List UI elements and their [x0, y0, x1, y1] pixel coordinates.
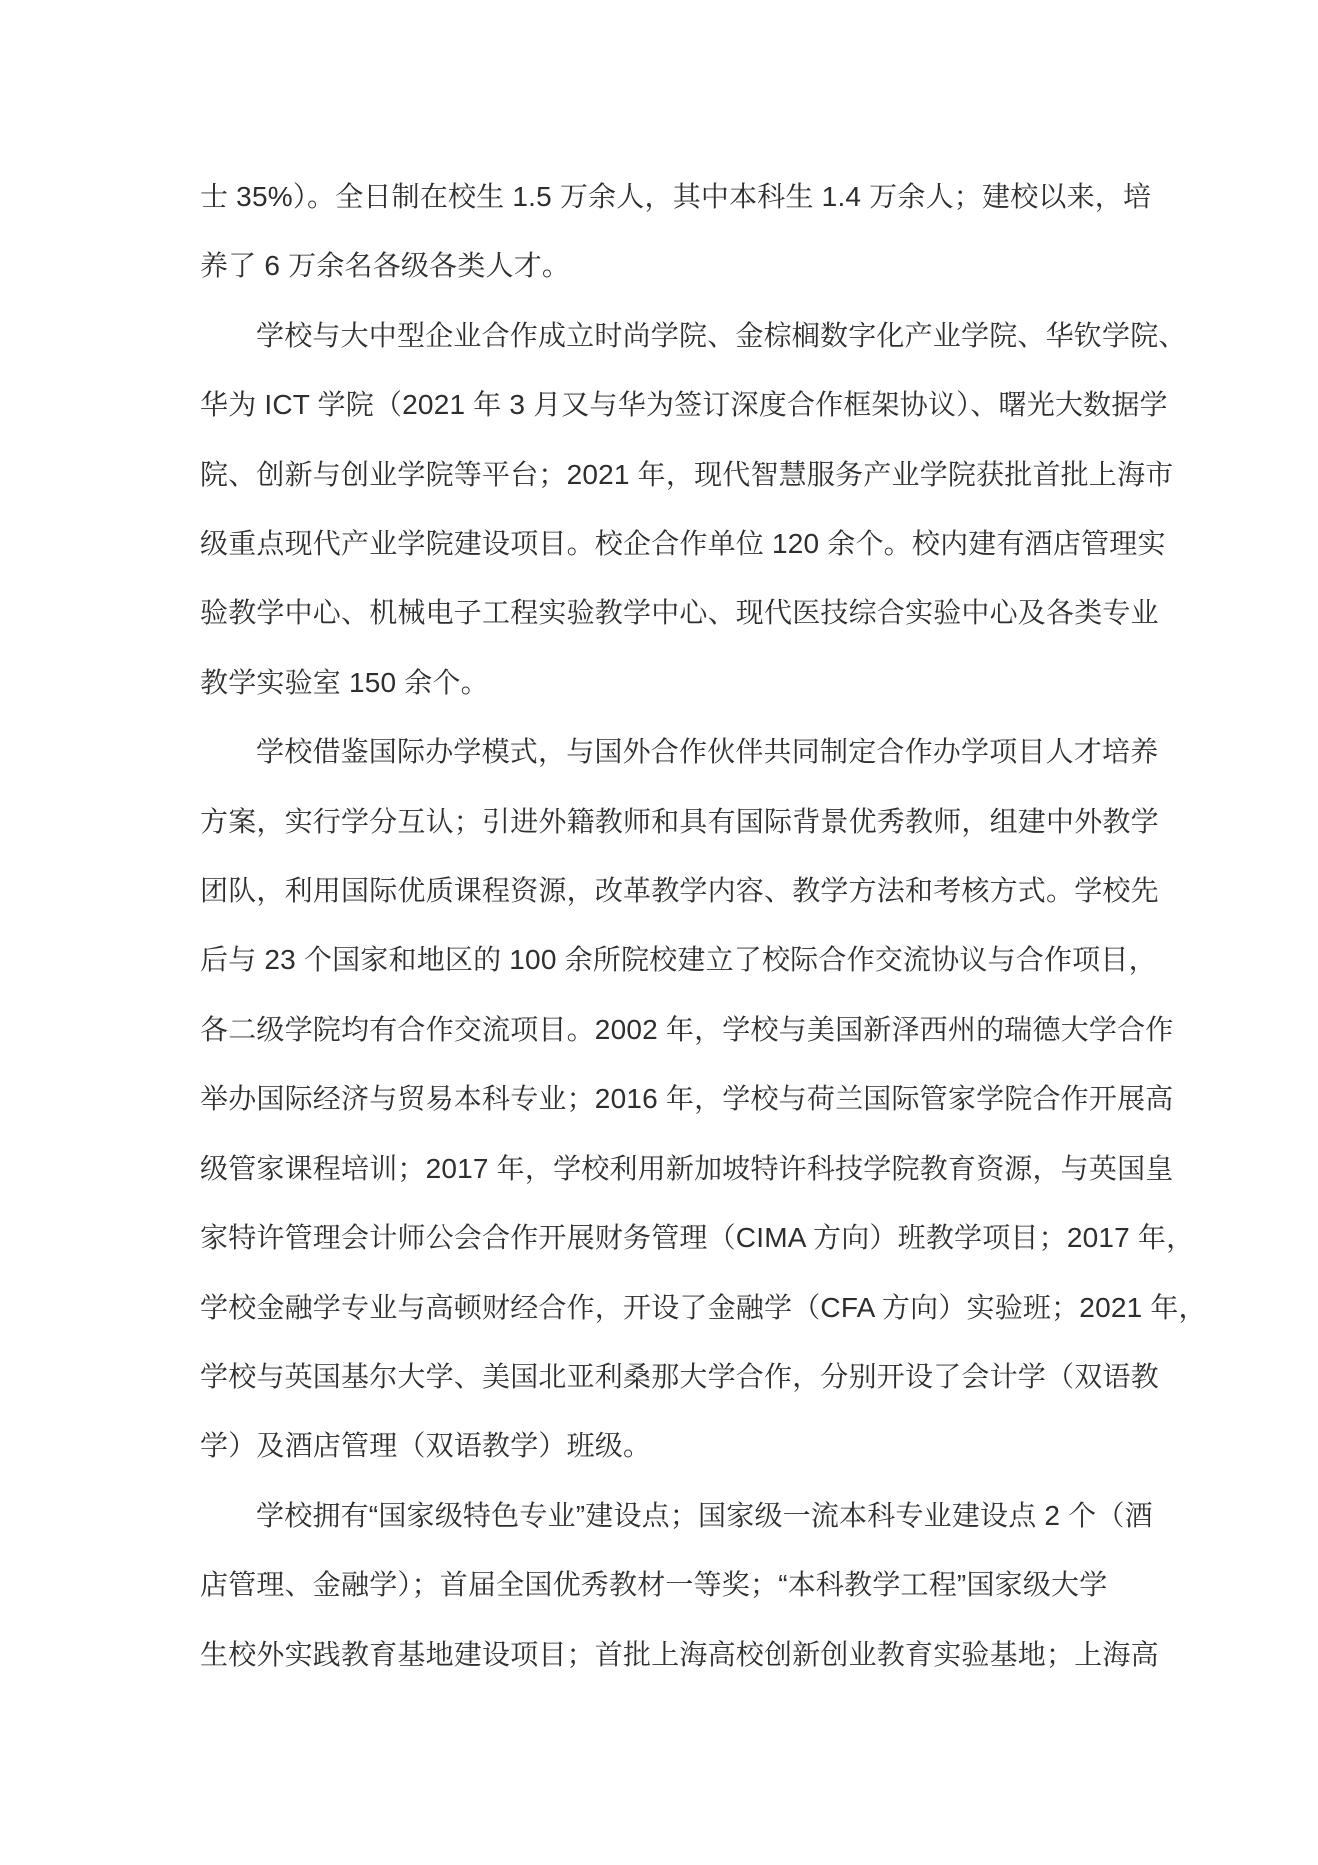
text-line: 各二级学院均有合作交流项目。2002 年，学校与美国新泽西州的瑞德大学合作 — [200, 995, 1128, 1064]
text-line: 后与 23 个国家和地区的 100 余所院校建立了校际合作交流协议与合作项目， — [200, 925, 1128, 994]
paragraph: 士 35%）。全日制在校生 1.5 万余人，其中本科生 1.4 万余人；建校以来… — [200, 162, 1128, 301]
text-line: 士 35%）。全日制在校生 1.5 万余人，其中本科生 1.4 万余人；建校以来… — [200, 162, 1128, 231]
text-line: 学校与英国基尔大学、美国北亚利桑那大学合作，分别开设了会计学（双语教 — [200, 1342, 1128, 1411]
text-line: 学校拥有“国家级特色专业”建设点；国家级一流本科专业建设点 2 个（酒 — [200, 1481, 1128, 1550]
text-line: 教学实验室 150 余个。 — [200, 648, 1128, 717]
text-line: 学校与大中型企业合作成立时尚学院、金棕榈数字化产业学院、华钦学院、 — [200, 301, 1128, 370]
text-line: 店管理、金融学）；首届全国优秀教材一等奖；“本科教学工程”国家级大学 — [200, 1550, 1128, 1619]
text-line: 养了 6 万余名各级各类人才。 — [200, 231, 1128, 300]
text-line: 验教学中心、机械电子工程实验教学中心、现代医技综合实验中心及各类专业 — [200, 578, 1128, 647]
text-line: 生校外实践教育基地建设项目；首批上海高校创新创业教育实验基地；上海高 — [200, 1620, 1128, 1689]
document-page: 士 35%）。全日制在校生 1.5 万余人，其中本科生 1.4 万余人；建校以来… — [0, 0, 1318, 1865]
paragraph: 学校与大中型企业合作成立时尚学院、金棕榈数字化产业学院、华钦学院、 华为 ICT… — [200, 301, 1128, 717]
text-line: 级重点现代产业学院建设项目。校企合作单位 120 余个。校内建有酒店管理实 — [200, 509, 1128, 578]
paragraph: 学校借鉴国际办学模式，与国外合作伙伴共同制定合作办学项目人才培养 方案，实行学分… — [200, 717, 1128, 1480]
text-line: 学校借鉴国际办学模式，与国外合作伙伴共同制定合作办学项目人才培养 — [200, 717, 1128, 786]
text-line: 举办国际经济与贸易本科专业；2016 年，学校与荷兰国际管家学院合作开展高 — [200, 1064, 1128, 1133]
text-line: 学）及酒店管理（双语教学）班级。 — [200, 1411, 1128, 1480]
text-line: 级管家课程培训；2017 年，学校利用新加坡特许科技学院教育资源，与英国皇 — [200, 1134, 1128, 1203]
text-line: 家特许管理会计师公会合作开展财务管理（CIMA 方向）班教学项目；2017 年， — [200, 1203, 1128, 1272]
paragraph: 学校拥有“国家级特色专业”建设点；国家级一流本科专业建设点 2 个（酒 店管理、… — [200, 1481, 1128, 1689]
document-body-text: 士 35%）。全日制在校生 1.5 万余人，其中本科生 1.4 万余人；建校以来… — [200, 162, 1128, 1689]
text-line: 院、创新与创业学院等平台；2021 年，现代智慧服务产业学院获批首批上海市 — [200, 440, 1128, 509]
text-line: 学校金融学专业与高顿财经合作，开设了金融学（CFA 方向）实验班；2021 年， — [200, 1273, 1128, 1342]
text-line: 方案，实行学分互认；引进外籍教师和具有国际背景优秀教师，组建中外教学 — [200, 787, 1128, 856]
text-line: 华为 ICT 学院（2021 年 3 月又与华为签订深度合作框架协议）、曙光大数… — [200, 370, 1128, 439]
text-line: 团队，利用国际优质课程资源，改革教学内容、教学方法和考核方式。学校先 — [200, 856, 1128, 925]
